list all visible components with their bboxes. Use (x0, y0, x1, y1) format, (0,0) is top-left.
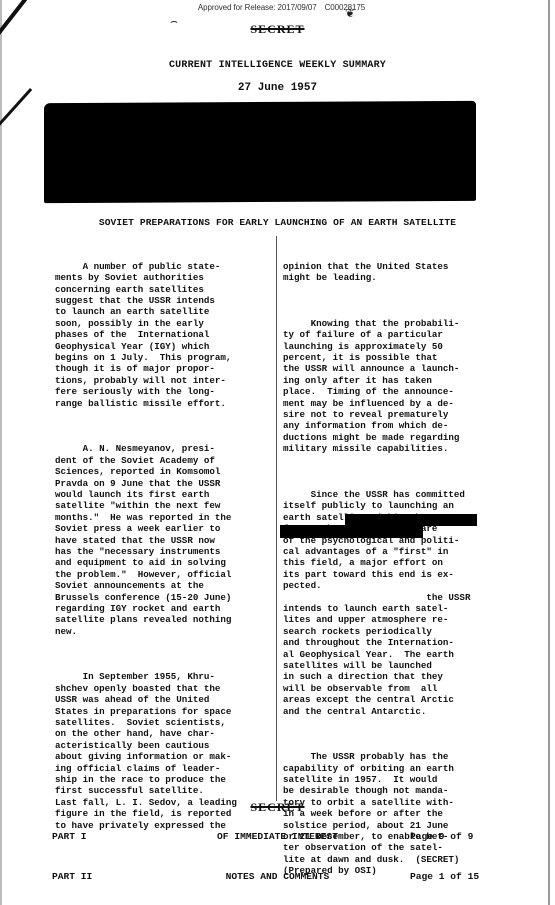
article-left-column: A number of public state- ments by Sovie… (55, 238, 275, 854)
publication-title: CURRENT INTELLIGENCE WEEKLY SUMMARY (0, 60, 555, 71)
footer-page: Page 9 of 9 (410, 831, 473, 842)
article-title: SOVIET PREPARATIONS FOR EARLY LAUNCHING … (0, 217, 555, 228)
classification-label: SECRET (250, 22, 304, 36)
scan-edge-right (548, 0, 550, 905)
redaction-block (44, 101, 476, 203)
release-stamp: Approved for Release: 2017/09/07C0002817… (0, 3, 555, 12)
classification-top: SECRET (0, 22, 555, 37)
classification-bottom: SECRET (0, 800, 555, 815)
scan-edge-left (0, 0, 2, 905)
paragraph: Knowing that the probabili- ty of failur… (283, 318, 518, 455)
redaction-inline (280, 525, 423, 538)
paragraph: A number of public state- ments by Sovie… (55, 261, 275, 409)
paragraph: A. N. Nesmeyanov, presi- dent of the Sov… (55, 443, 275, 637)
footer-page: Page 1 of 15 (410, 871, 479, 882)
classification-label: SECRET (250, 800, 304, 814)
release-text: Approved for Release: 2017/09/07 (198, 3, 317, 12)
publication-date: 27 June 1957 (0, 82, 555, 94)
column-divider (276, 236, 277, 801)
paragraph: opinion that the United States might be … (283, 261, 518, 284)
seal-mark-icon: ❦ (345, 6, 355, 20)
scan-slash-mark-2 (0, 88, 32, 142)
